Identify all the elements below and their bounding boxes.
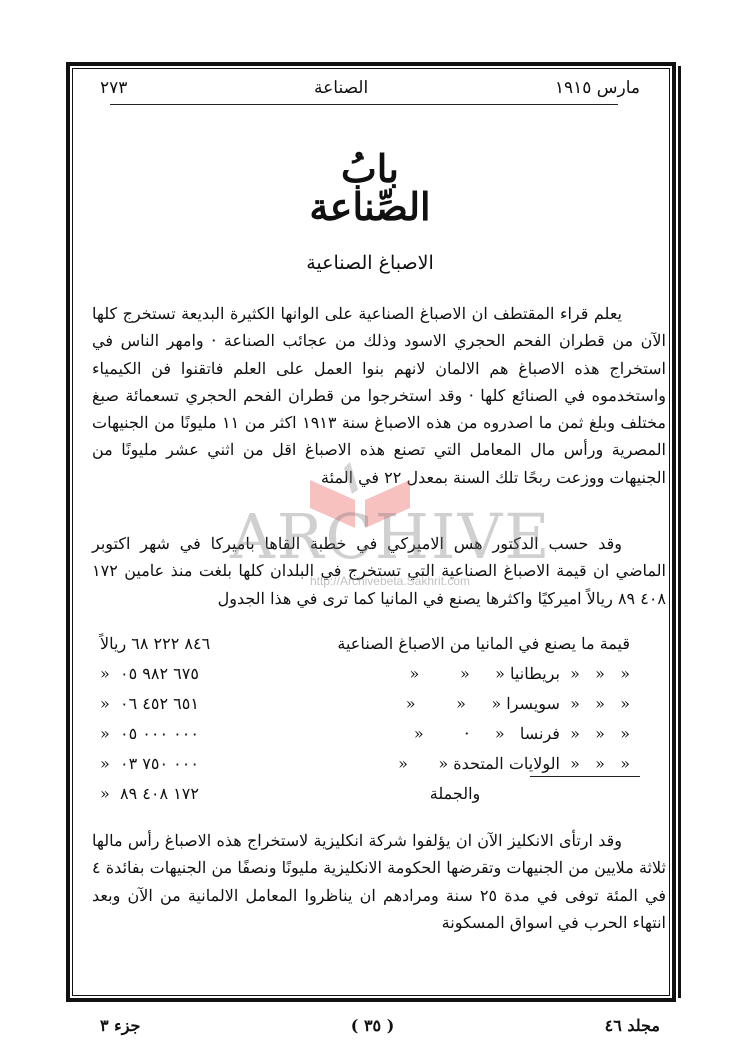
table-row: « « « الولايات المتحدة « « ٠٠٠ ٧٥٠ ٠٣ « [100,748,640,778]
table-row: قيمة ما يصنع في المانيا من الاصباغ الصنا… [100,628,640,658]
header-rule [110,104,618,105]
table-row: « « « سويسرا « « « ٦٥١ ٤٥٢ ٠٦ « [100,688,640,718]
row-value: ٦٥١ ٤٥٢ ٠٦ « [100,694,270,713]
row-value: ٦٧٥ ٩٨٢ ٠٥ « [100,664,270,683]
row-label: « « « بريطانيا « « « [310,664,640,683]
table-row: « « « بريطانيا « « « ٦٧٥ ٩٨٢ ٠٥ « [100,658,640,688]
section-banner-calligraphy: بابُ الصِّناعة [300,150,440,220]
footer-part: جزء ٣ [100,1016,140,1035]
table-row: « « « فرنسا « · « ٠٠٠ ٠٠٠ ٠٥ « [100,718,640,748]
paragraph-text: وقد ارتأى الانكليز الآن ان يؤلفوا شركة ا… [92,827,666,936]
header-date: مارس ١٩١٥ [555,78,640,98]
footer-volume: مجلد ٤٦ [605,1016,660,1035]
watermark-text: ARCHIVE [230,500,530,573]
total-value: ١٧٢ ٤٠٨ ٨٩ « [100,784,270,803]
header-section: الصناعة [314,78,368,98]
article-title: الاصباغ الصناعية [200,252,540,274]
row-label: « « « الولايات المتحدة « « [310,754,640,773]
row-label: « « « فرنسا « · « [310,724,640,743]
row-value: ٠٠٠ ٠٠٠ ٠٥ « [100,724,270,743]
watermark-url: http://Archivebeta.Sakhrit.com [270,574,510,588]
header-page-number: ٢٧٣ [100,78,127,98]
total-rule [530,776,640,777]
row-value: ٠٠٠ ٧٥٠ ٠٣ « [100,754,270,773]
dye-value-table: قيمة ما يصنع في المانيا من الاصباغ الصنا… [100,628,640,808]
footer-page: ( ٣٥ ) [351,1016,394,1035]
table-total-row: والجملة ١٧٢ ٤٠٨ ٨٩ « [100,778,640,808]
article-paragraph-3: وقد ارتأى الانكليز الآن ان يؤلفوا شركة ا… [92,827,666,936]
row-label: « « « سويسرا « « « [310,694,640,713]
running-header: مارس ١٩١٥ الصناعة ٢٧٣ [100,74,640,102]
row-label: قيمة ما يصنع في المانيا من الاصباغ الصنا… [310,634,640,653]
row-value: ٨٤٦ ٢٢٢ ٦٨ ريالاً [100,634,270,653]
running-footer: مجلد ٤٦ ( ٣٥ ) جزء ٣ [100,1012,660,1038]
total-label: والجملة [310,784,640,803]
